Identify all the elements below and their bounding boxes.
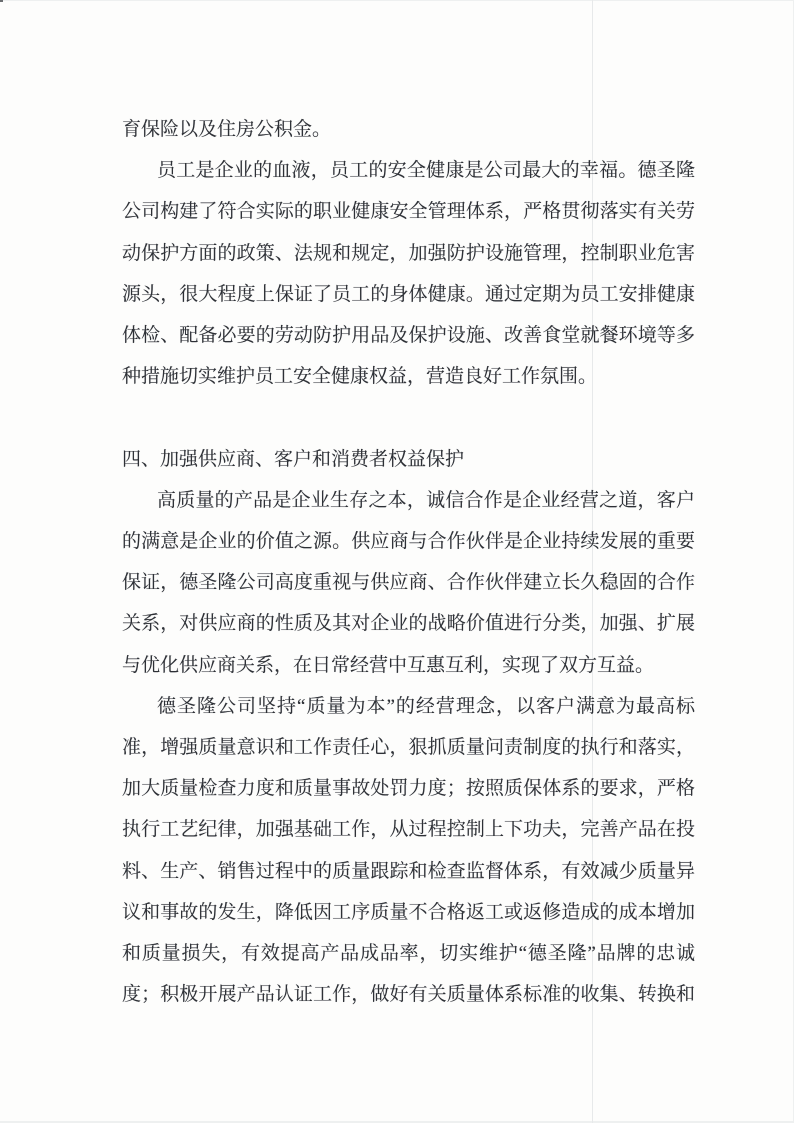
section-heading: 四、加强供应商、客户和消费者权益保护 bbox=[122, 439, 695, 480]
body-line: 体检、配备必要的劳动防护用品及保护设施、改善食堂就餐环境等多 bbox=[122, 315, 695, 356]
body-line: 的满意是企业的价值之源。供应商与合作伙伴是企业持续发展的重要 bbox=[122, 521, 695, 562]
body-line: 与优化供应商关系，在日常经营中互惠互利，实现了双方互益。 bbox=[122, 645, 695, 686]
body-line: 育保险以及住房公积金。 bbox=[122, 109, 695, 150]
body-line: 加大质量检查力度和质量事故处罚力度；按照质保体系的要求，严格 bbox=[122, 768, 695, 809]
body-line: 公司构建了符合实际的职业健康安全管理体系，严格贯彻落实有关劳 bbox=[122, 191, 695, 232]
body-line: 德圣隆公司坚持“质量为本”的经营理念，以客户满意为最高标 bbox=[122, 686, 695, 727]
body-line: 种措施切实维护员工安全健康权益，营造良好工作氛围。 bbox=[122, 356, 695, 397]
body-line: 员工是企业的血液，员工的安全健康是公司最大的幸福。德圣隆 bbox=[122, 150, 695, 191]
body-line: 执行工艺纪律，加强基础工作，从过程控制上下功夫，完善产品在投 bbox=[122, 809, 695, 850]
body-line: 源头，很大程度上保证了员工的身体健康。通过定期为员工安排健康 bbox=[122, 274, 695, 315]
scanned-document-page: 育保险以及住房公积金。 员工是企业的血液，员工的安全健康是公司最大的幸福。德圣隆… bbox=[0, 0, 794, 1123]
body-line: 度；积极开展产品认证工作，做好有关质量体系标准的收集、转换和 bbox=[122, 974, 695, 1015]
document-text-block: 育保险以及住房公积金。 员工是企业的血液，员工的安全健康是公司最大的幸福。德圣隆… bbox=[122, 109, 695, 1015]
body-line: 动保护方面的政策、法规和规定，加强防护设施管理，控制职业危害 bbox=[122, 233, 695, 274]
body-line: 和质量损失，有效提高产品成品率，切实维护“德圣隆”品牌的忠诚 bbox=[122, 933, 695, 974]
body-line: 议和事故的发生，降低因工序质量不合格返工或返修造成的成本增加 bbox=[122, 892, 695, 933]
body-line: 关系，对供应商的性质及其对企业的战略价值进行分类，加强、扩展 bbox=[122, 603, 695, 644]
body-line: 保证，德圣隆公司高度重视与供应商、合作伙伴建立长久稳固的合作 bbox=[122, 562, 695, 603]
body-line: 准，增强质量意识和工作责任心，狠抓质量问责制度的执行和落实， bbox=[122, 727, 695, 768]
body-line: 料、生产、销售过程中的质量跟踪和检查监督体系，有效减少质量异 bbox=[122, 851, 695, 892]
body-line: 高质量的产品是企业生存之本，诚信合作是企业经营之道，客户 bbox=[122, 480, 695, 521]
scan-corner-speck bbox=[0, 0, 3, 2]
